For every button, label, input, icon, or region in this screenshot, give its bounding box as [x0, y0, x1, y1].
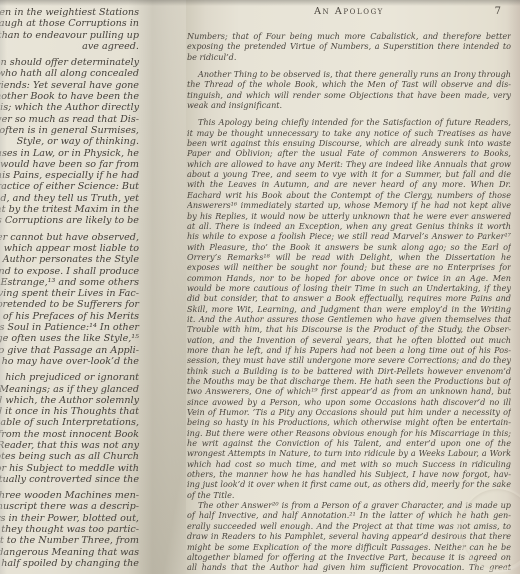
text-line: pretended to be Sufferers for: [0, 299, 139, 310]
text-line: it may be thought unnecessary to take an…: [187, 128, 511, 138]
text-line: erally succeeded well enough. And the Pr…: [187, 521, 511, 531]
text-line: from the most innocent Book: [0, 429, 139, 440]
text-line: never so much as read that Dis-: [0, 114, 139, 125]
running-title: An Apology: [186, 6, 512, 17]
text-line-fragment: on should offer determinately: [0, 57, 139, 68]
text-line: ll Meanings; as if they glanced: [0, 384, 139, 395]
text-line-fragment: Friends: Yet several have gone: [0, 80, 139, 91]
book-photo: Men in the weightiest Stationslaugh at t…: [0, 0, 520, 574]
text-line: being so hasty in his Productions, which…: [187, 417, 511, 427]
text-line: with Pleasure, tho’ the Book it answers …: [187, 242, 511, 252]
text-line: tinguish, and which will render some Obj…: [187, 90, 511, 100]
text-line: think such a Building is to be battered …: [187, 366, 511, 376]
text-line: Vein of Humor. ’Tis a Pity any Occasions…: [187, 407, 511, 417]
text-line: Numbers; that of Four being much more Ca…: [187, 31, 511, 41]
text-line-fragment: laugh at those Corruptions in: [0, 18, 139, 29]
text-line: e of his Prefaces of his Merits: [0, 311, 139, 322]
text-line: a dangerous Meaning that was: [0, 547, 139, 558]
text-line: ts Corruptions are likely to be: [0, 215, 139, 226]
text-line-fragment: ers in their Power, blotted out,: [0, 513, 139, 524]
text-line: all hands that the Author had given him …: [187, 562, 511, 572]
text-line: , which appear most liable to: [0, 243, 139, 254]
text-line: since avowed by a Person, who upon some …: [187, 397, 511, 407]
page-header: An Apology 7: [186, 6, 512, 18]
text-line: he Author personates the Style: [0, 254, 139, 265]
text-line: laugh at those Corruptions in: [0, 18, 139, 29]
text-line-fragment: pretended to be Sufferers for: [0, 299, 139, 310]
text-line-fragment: another Book to have been the: [0, 91, 139, 102]
text-line: at all. There is indeed an Exception, wh…: [187, 221, 511, 231]
text-line: vation, and the Invention of several yea…: [187, 335, 511, 345]
text-line: wrongest Attempts in Nature, to turn int…: [187, 448, 511, 458]
text-line-fragment: nge often uses the like Style,¹⁵: [0, 333, 139, 344]
text-line-fragment: Men in the weightiest Stations: [0, 7, 139, 18]
text-line: of the Title.: [187, 490, 511, 500]
text-line: Orrery’s Remarks¹⁸ will be read with Del…: [187, 252, 511, 262]
text-line: which are allowed to have any Merit: The…: [187, 159, 511, 169]
text-line: d which, the Author solemnly: [0, 395, 139, 406]
text-line: Style, or way of thinking.: [0, 136, 139, 147]
paragraph-gap: [187, 110, 511, 117]
text-line: did but consider, that to answer a Book …: [187, 293, 511, 303]
text-line: ose they thought was too partic-: [0, 524, 139, 535]
text-line: s half spoiled by changing the: [0, 558, 139, 569]
text-line: Eachard writ his Book about the Contempt…: [187, 190, 511, 200]
text-line: exposing the pretended Virtue of Numbers…: [187, 41, 511, 51]
text-line: Paper and Oblivion; after the usual Fate…: [187, 148, 511, 158]
text-line: L’Estrange,¹³ and some others: [0, 277, 139, 288]
text-line-fragment: d, and they tell us Truth, yet: [0, 193, 139, 204]
text-line: tually controverted since the: [0, 474, 139, 485]
text-line-fragment: tually controverted since the: [0, 474, 139, 485]
text-line-fragment: Style, or way of thinking.: [17, 136, 139, 147]
text-line: the Thread of the whole Book, which the …: [187, 79, 511, 89]
text-line: his; which the Author directly: [0, 102, 139, 113]
text-line: ing. But there were other Reasons obviou…: [187, 428, 511, 438]
text-line: der cannot but have observed,: [0, 232, 139, 243]
text-line: altogether blamed for offering at the In…: [187, 552, 511, 562]
text-line-fragment: s to give that Passage an Appli-: [0, 345, 139, 356]
text-line: otes being such as all Church: [0, 451, 139, 462]
text-line-fragment: is Soul in Patience:¹⁴ In other: [0, 322, 139, 333]
text-line: more than he left, and if his Papers had…: [187, 345, 511, 355]
text-line-fragment: , than to endeavour pulling up: [0, 30, 139, 41]
text-line: others, the manner how he has handled hi…: [187, 469, 511, 479]
text-line: ing just look’d it over when it first ca…: [187, 479, 511, 489]
text-line: ave agreed.: [0, 41, 139, 52]
text-line: d it once in his Thoughts that: [0, 406, 139, 417]
left-page: Men in the weightiest Stationslaugh at t…: [0, 0, 186, 574]
text-line-fragment: d which, the Author solemnly: [0, 395, 139, 406]
text-line: ind to expose. I shall produce: [0, 266, 139, 277]
text-line: is Soul in Patience:¹⁴ In other: [0, 322, 139, 333]
text-line-fragment: e it to the Number Three, from: [0, 535, 139, 546]
text-line-fragment: ind to expose. I shall produce: [0, 266, 139, 277]
text-line-fragment: ts Corruptions are likely to be: [0, 215, 139, 226]
text-line: three wooden Machines men-: [0, 490, 139, 501]
text-line-fragment: anuscript there was a descrip-: [0, 501, 139, 512]
text-line: s to give that Passage an Appli-: [0, 345, 139, 356]
text-line: exposes will neither be sought nor found…: [187, 262, 511, 272]
text-line: e often is in general Surmises,: [0, 125, 139, 136]
text-line: hich prejudiced or ignorant: [0, 372, 139, 383]
text-line-fragment: a dangerous Meaning that was: [0, 547, 139, 558]
text-line: who hath all along concealed: [0, 68, 139, 79]
text-line: Practice of either Science: But: [0, 181, 139, 192]
text-line-fragment: ll Meanings; as if they glanced: [0, 384, 139, 395]
text-line-fragment: or his Subject to meddle with: [0, 463, 139, 474]
text-line: with the Leaves in Autumn, and are never…: [187, 179, 511, 189]
text-line: ving spent their Lives in Fac-: [0, 288, 139, 299]
text-line: which had cost so much time, and met wit…: [187, 459, 511, 469]
text-line: able of such Interpretations,: [0, 417, 139, 428]
paragraph-gap: [187, 62, 511, 69]
text-line: y, would have been so far from: [0, 159, 139, 170]
text-line: another Book to have been the: [0, 91, 139, 102]
text-line: This Apology being chiefly intended for …: [187, 117, 511, 127]
text-line-fragment: otes being such as all Church: [0, 451, 139, 462]
text-line-fragment: he Author personates the Style: [0, 254, 139, 265]
text-line: , than to endeavour pulling up: [0, 30, 139, 41]
text-line: be ridicul’d.: [187, 52, 511, 62]
text-line: Another Thing to be observed is, that th…: [187, 69, 511, 79]
text-line: weak and insignificant.: [187, 100, 511, 110]
text-line: common Hands, nor to be hoped for above …: [187, 273, 511, 283]
text-line: his Pains, especially if he had: [0, 170, 139, 181]
text-line: The other Answer²⁰ is from a Person of a…: [187, 500, 511, 510]
text-line: Skill, more Wit, Learning, and Judgment …: [187, 304, 511, 314]
text-line-fragment: , which appear most liable to: [0, 243, 139, 254]
text-line-fragment: his; which the Author directly: [0, 102, 139, 113]
text-line: by his Replies, it would now be utterly …: [187, 211, 511, 221]
text-line-fragment: Reader, that this was not any: [0, 440, 139, 451]
right-page-text: Numbers; that of Four being much more Ca…: [187, 31, 511, 573]
text-line: of half Invective, and half Annotation.²…: [187, 510, 511, 520]
text-line-fragment: from the most innocent Book: [0, 429, 139, 440]
text-line: been writ against this ensuing Discourse…: [187, 138, 511, 148]
left-page-text: Men in the weightiest Stationslaugh at t…: [0, 7, 139, 569]
text-line: d, and they tell us Truth, yet: [0, 193, 139, 204]
text-line: Reader, that this was not any: [0, 440, 139, 451]
text-line: nge often uses the like Style,¹⁵: [0, 333, 139, 344]
text-line-fragment: L’Estrange,¹³ and some others: [0, 277, 139, 288]
text-line: it. And the Author assures those Gentlem…: [187, 314, 511, 324]
text-line: uses in Law, or in Physick, he: [0, 148, 139, 159]
text-line-fragment: his Pains, especially if he had: [0, 170, 139, 181]
text-line-fragment: e often is in general Surmises,: [0, 125, 139, 136]
text-line: or his Subject to meddle with: [0, 463, 139, 474]
text-line-fragment: e of his Prefaces of his Merits: [0, 311, 139, 322]
text-line: e it to the Number Three, from: [0, 535, 139, 546]
text-line-fragment: ho may have over-look’d the: [2, 356, 139, 367]
text-line: his while to expose a foolish Piece; we …: [187, 231, 511, 241]
text-line: anuscript there was a descrip-: [0, 501, 139, 512]
text-line: two Answerers, One of which¹⁹ first appe…: [187, 386, 511, 396]
text-line-fragment: uses in Law, or in Physick, he: [0, 148, 139, 159]
text-line-fragment: der cannot but have observed,: [0, 232, 139, 243]
text-line: draw in Readers to his Pamphlet, several…: [187, 531, 511, 541]
text-line: on should offer determinately: [0, 57, 139, 68]
text-line-fragment: ght by the tritest Maxim in the: [0, 204, 139, 215]
text-line-fragment: ave agreed.: [82, 41, 139, 52]
text-line: Men in the weightiest Stations: [0, 7, 139, 18]
text-line-fragment: able of such Interpretations,: [0, 417, 139, 428]
text-line-fragment: d it once in his Thoughts that: [0, 406, 139, 417]
text-line: ers in their Power, blotted out,: [0, 513, 139, 524]
text-line: Trouble with him, that his Discourse is …: [187, 324, 511, 334]
text-line: Friends: Yet several have gone: [0, 80, 139, 91]
text-line-fragment: s half spoiled by changing the: [0, 558, 139, 569]
text-line-fragment: ose they thought was too partic-: [0, 524, 139, 535]
right-page: An Apology 7 Numbers; that of Four being…: [186, 0, 520, 574]
text-line-fragment: ving spent their Lives in Fac-: [0, 288, 139, 299]
text-line: Answerers¹⁶ immediately started up, whos…: [187, 200, 511, 210]
text-line-fragment: hich prejudiced or ignorant: [5, 372, 139, 383]
text-line: might be some Explication of the more di…: [187, 542, 511, 552]
text-line-fragment: never so much as read that Dis-: [0, 114, 139, 125]
text-line-fragment: y, would have been so far from: [0, 159, 139, 170]
text-line: ho may have over-look’d the: [0, 356, 139, 367]
text-line: he writ against the Conviction of his Ta…: [187, 438, 511, 448]
text-line-fragment: who hath all along concealed: [0, 68, 139, 79]
page-number: 7: [495, 6, 501, 17]
text-line: ght by the tritest Maxim in the: [0, 204, 139, 215]
text-line: would be more cautious of losing their T…: [187, 283, 511, 293]
text-line-fragment: Practice of either Science: But: [0, 181, 139, 192]
text-line-fragment: three wooden Machines men-: [0, 490, 139, 501]
text-line: the Mouths may be that discharge them. H…: [187, 376, 511, 386]
text-line: session, they must have still undergone …: [187, 355, 511, 365]
text-line: about a young Tree, and seem to vye with…: [187, 169, 511, 179]
